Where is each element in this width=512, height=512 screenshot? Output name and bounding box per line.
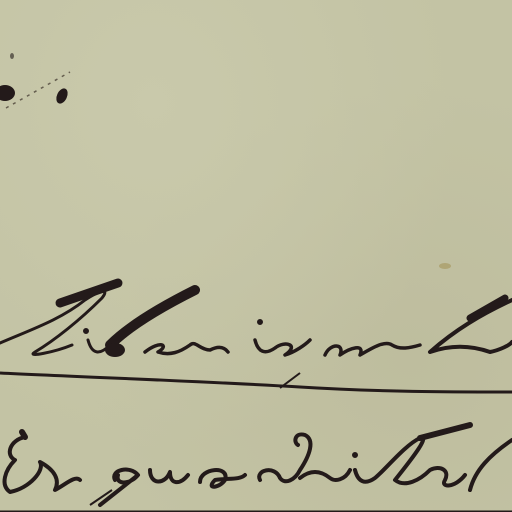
handwritten-line-1: liberis rubro: [8, 300, 312, 356]
ink-dot-top-left: [0, 53, 70, 108]
handwritten-line-2: dor quadrilob: [0, 440, 332, 496]
underline-stroke: [0, 373, 512, 392]
stain: [439, 263, 451, 269]
handwriting-ink: [0, 0, 512, 512]
